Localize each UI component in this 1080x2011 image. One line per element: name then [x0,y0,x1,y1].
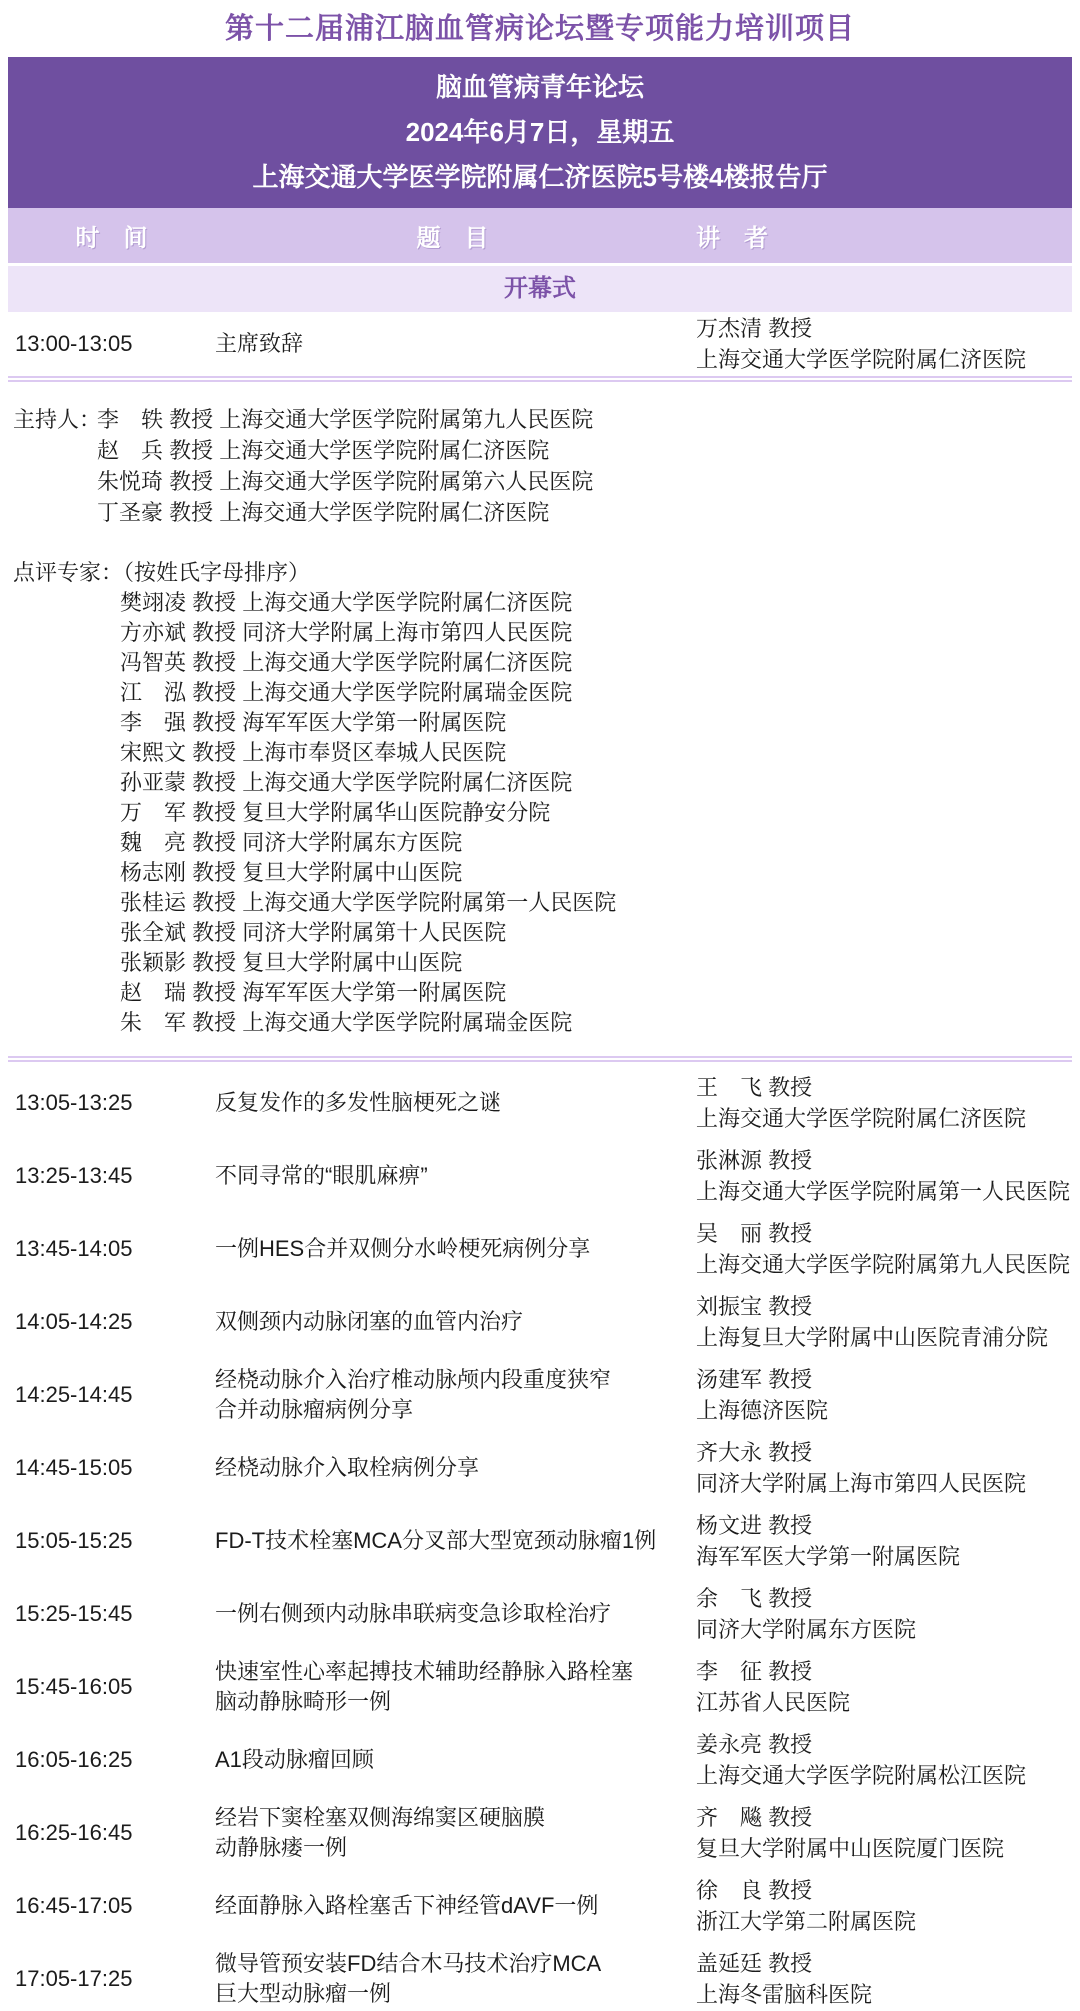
forum-banner: 脑血管病青年论坛 2024年6月7日，星期五 上海交通大学医学院附属仁济医院5号… [8,57,1072,208]
speaker-cell: 徐 良 教授浙江大学第二附属医院 [690,1875,1072,1937]
speaker-affiliation: 浙江大学第二附属医院 [696,1906,1072,1937]
schedule-row: 13:45-14:05一例HES合并双侧分水岭梗死病例分享吴 丽 教授上海交通大… [8,1212,1072,1285]
topic-line: 合并动脉瘤病例分享 [215,1395,690,1425]
speaker-cell: 齐大永 教授同济大学附属上海市第四人民医院 [690,1437,1072,1499]
speaker-name: 万杰清 教授 [696,313,1072,344]
speaker-cell: 万杰清 教授上海交通大学医学院附属仁济医院 [690,313,1072,375]
banner-venue: 上海交通大学医学院附属仁济医院5号楼4楼报告厅 [8,155,1072,200]
host-item: 丁圣豪 教授 上海交通大学医学院附属仁济医院 [97,497,1080,528]
commentator-item: 朱 军 教授 上海交通大学医学院附属瑞金医院 [120,1008,1080,1038]
commentator-item: 张全斌 教授 同济大学附属第十人民医院 [120,918,1080,948]
time-cell: 16:05-16:25 [8,1747,215,1773]
host-item: 李 轶 教授 上海交通大学医学院附属第九人民医院 [97,404,1080,435]
topic-cell: 经面静脉入路栓塞舌下神经管dAVF一例 [215,1891,690,1921]
speaker-cell: 盖延廷 教授上海冬雷脑科医院 [690,1948,1072,2010]
opening-rows: 13:00-13:05主席致辞万杰清 教授上海交通大学医学院附属仁济医院 [0,312,1080,376]
time-cell: 15:45-16:05 [8,1674,215,1700]
commentator-item: 方亦斌 教授 同济大学附属上海市第四人民医院 [120,618,1080,648]
commentator-item: 宋熙文 教授 上海市奉贤区奉城人民医院 [120,738,1080,768]
commentator-item: 张桂运 教授 上海交通大学医学院附属第一人民医院 [120,888,1080,918]
host-item: 赵 兵 教授 上海交通大学医学院附属仁济医院 [97,435,1080,466]
commentator-item: 杨志刚 教授 复旦大学附属中山医院 [120,858,1080,888]
speaker-affiliation: 江苏省人民医院 [696,1687,1072,1718]
topic-cell: 一例HES合并双侧分水岭梗死病例分享 [215,1234,690,1264]
schedule-row: 13:00-13:05主席致辞万杰清 教授上海交通大学医学院附属仁济医院 [8,312,1072,376]
schedule-row: 15:25-15:45一例右侧颈内动脉串联病变急诊取栓治疗余 飞 教授同济大学附… [8,1577,1072,1650]
speaker-name: 刘振宝 教授 [696,1291,1072,1322]
topic-line: 微导管预安装FD结合木马技术治疗MCA [215,1949,690,1979]
schedule-row: 14:05-14:25双侧颈内动脉闭塞的血管内治疗刘振宝 教授上海复旦大学附属中… [8,1285,1072,1358]
conference-program-page: 第十二届浦江脑血管病论坛暨专项能力培训项目 脑血管病青年论坛 2024年6月7日… [0,6,1080,2011]
speaker-cell: 王 飞 教授上海交通大学医学院附属仁济医院 [690,1072,1072,1134]
topic-line: 一例右侧颈内动脉串联病变急诊取栓治疗 [215,1599,690,1629]
topic-line: 双侧颈内动脉闭塞的血管内治疗 [215,1307,690,1337]
topic-line: A1段动脉瘤回顾 [215,1745,690,1775]
topic-cell: 经桡动脉介入取栓病例分享 [215,1453,690,1483]
speaker-affiliation: 复旦大学附属中山医院厦门医院 [696,1833,1072,1864]
speaker-name: 吴 丽 教授 [696,1218,1072,1249]
speaker-cell: 杨文进 教授海军军医大学第一附属医院 [690,1510,1072,1572]
speaker-cell: 汤建军 教授上海德济医院 [690,1364,1072,1426]
hosts-block: 主持人： 李 轶 教授 上海交通大学医学院附属第九人民医院赵 兵 教授 上海交通… [0,404,1080,528]
topic-cell: 经桡动脉介入治疗椎动脉颅内段重度狭窄合并动脉瘤病例分享 [215,1365,690,1425]
speaker-affiliation: 海军军医大学第一附属医院 [696,1541,1072,1572]
speaker-name: 齐大永 教授 [696,1437,1072,1468]
commentators-label-line: 点评专家：（按姓氏字母排序） [0,558,1080,588]
commentator-item: 江 泓 教授 上海交通大学医学院附属瑞金医院 [120,678,1080,708]
speaker-name: 姜永亮 教授 [696,1729,1072,1760]
speaker-affiliation: 上海冬雷脑科医院 [696,1979,1072,2010]
schedule-row: 14:25-14:45经桡动脉介入治疗椎动脉颅内段重度狭窄合并动脉瘤病例分享汤建… [8,1358,1072,1431]
speaker-name: 余 飞 教授 [696,1583,1072,1614]
topic-line: 不同寻常的“眼肌麻痹” [215,1161,690,1191]
speaker-name: 王 飞 教授 [696,1072,1072,1103]
speaker-name: 汤建军 教授 [696,1364,1072,1395]
speaker-affiliation: 上海交通大学医学院附属第九人民医院 [696,1249,1072,1280]
time-cell: 17:05-17:25 [8,1966,215,1992]
time-cell: 15:05-15:25 [8,1528,215,1554]
speaker-affiliation: 上海复旦大学附属中山医院青浦分院 [696,1322,1072,1353]
banner-forum-name: 脑血管病青年论坛 [8,65,1072,110]
speaker-name: 张淋源 教授 [696,1145,1072,1176]
topic-cell: FD-T技术栓塞MCA分叉部大型宽颈动脉瘤1例 [215,1526,690,1556]
topic-line: 快速室性心率起搏技术辅助经静脉入路栓塞 [215,1657,690,1687]
schedule-row: 17:05-17:25微导管预安装FD结合木马技术治疗MCA巨大型动脉瘤一例盖延… [8,1942,1072,2011]
topic-line: 经桡动脉介入取栓病例分享 [215,1453,690,1483]
topic-line: 巨大型动脉瘤一例 [215,1979,690,2009]
topic-cell: 微导管预安装FD结合木马技术治疗MCA巨大型动脉瘤一例 [215,1949,690,2009]
topic-cell: 反复发作的多发性脑梗死之谜 [215,1088,690,1118]
topic-line: 经岩下窦栓塞双侧海绵窦区硬脑膜 [215,1803,690,1833]
commentator-item: 冯智英 教授 上海交通大学医学院附属仁济医院 [120,648,1080,678]
page-title: 第十二届浦江脑血管病论坛暨专项能力培训项目 [0,6,1080,47]
table-header: 时 间 题 目 讲 者 [8,208,1072,263]
column-header-speaker: 讲 者 [690,218,1072,253]
topic-line: FD-T技术栓塞MCA分叉部大型宽颈动脉瘤1例 [215,1526,690,1556]
speaker-affiliation: 同济大学附属上海市第四人民医院 [696,1468,1072,1499]
speaker-cell: 张淋源 教授上海交通大学医学院附属第一人民医院 [690,1145,1072,1207]
topic-line: 主席致辞 [215,329,690,359]
speaker-cell: 齐 飚 教授复旦大学附属中山医院厦门医院 [690,1802,1072,1864]
speaker-name: 杨文进 教授 [696,1510,1072,1541]
speaker-name: 徐 良 教授 [696,1875,1072,1906]
speaker-cell: 余 飞 教授同济大学附属东方医院 [690,1583,1072,1645]
time-cell: 16:45-17:05 [8,1893,215,1919]
commentator-item: 魏 亮 教授 同济大学附属东方医院 [120,828,1080,858]
topic-line: 一例HES合并双侧分水岭梗死病例分享 [215,1234,690,1264]
commentators-label: 点评专家： [13,560,123,585]
speaker-affiliation: 上海交通大学医学院附属仁济医院 [696,1103,1072,1134]
schedule-row: 14:45-15:05经桡动脉介入取栓病例分享齐大永 教授同济大学附属上海市第四… [8,1431,1072,1504]
speaker-name: 盖延廷 教授 [696,1948,1072,1979]
speaker-affiliation: 同济大学附属东方医院 [696,1614,1072,1645]
column-header-time: 时 间 [8,218,215,253]
topic-cell: 双侧颈内动脉闭塞的血管内治疗 [215,1307,690,1337]
speaker-cell: 吴 丽 教授上海交通大学医学院附属第九人民医院 [690,1218,1072,1280]
commentator-item: 李 强 教授 海军军医大学第一附属医院 [120,708,1080,738]
divider [8,376,1072,382]
speaker-cell: 刘振宝 教授上海复旦大学附属中山医院青浦分院 [690,1291,1072,1353]
host-list: 李 轶 教授 上海交通大学医学院附属第九人民医院赵 兵 教授 上海交通大学医学院… [97,404,1080,528]
time-cell: 13:25-13:45 [8,1163,215,1189]
column-header-topic: 题 目 [215,218,690,253]
speaker-affiliation: 上海交通大学医学院附属仁济医院 [696,344,1072,375]
schedule-row: 15:05-15:25FD-T技术栓塞MCA分叉部大型宽颈动脉瘤1例杨文进 教授… [8,1504,1072,1577]
speaker-affiliation: 上海德济医院 [696,1395,1072,1426]
topic-line: 反复发作的多发性脑梗死之谜 [215,1088,690,1118]
topic-line: 经面静脉入路栓塞舌下神经管dAVF一例 [215,1891,690,1921]
time-cell: 16:25-16:45 [8,1820,215,1846]
topic-line: 脑动静脉畸形一例 [215,1687,690,1717]
speaker-name: 李 征 教授 [696,1656,1072,1687]
schedule-row: 16:45-17:05经面静脉入路栓塞舌下神经管dAVF一例徐 良 教授浙江大学… [8,1869,1072,1942]
topic-cell: 快速室性心率起搏技术辅助经静脉入路栓塞脑动静脉畸形一例 [215,1657,690,1717]
commentator-item: 赵 瑞 教授 海军军医大学第一附属医院 [120,978,1080,1008]
time-cell: 14:05-14:25 [8,1309,215,1335]
speaker-cell: 李 征 教授江苏省人民医院 [690,1656,1072,1718]
topic-cell: A1段动脉瘤回顾 [215,1745,690,1775]
commentator-item: 万 军 教授 复旦大学附属华山医院静安分院 [120,798,1080,828]
topic-cell: 不同寻常的“眼肌麻痹” [215,1161,690,1191]
time-cell: 13:05-13:25 [8,1090,215,1116]
time-cell: 14:45-15:05 [8,1455,215,1481]
topic-cell: 一例右侧颈内动脉串联病变急诊取栓治疗 [215,1599,690,1629]
topic-line: 动静脉瘘一例 [215,1833,690,1863]
commentators-note: （按姓氏字母排序） [123,560,310,585]
schedule-row: 13:05-13:25反复发作的多发性脑梗死之谜王 飞 教授上海交通大学医学院附… [8,1066,1072,1139]
speaker-affiliation: 上海交通大学医学院附属第一人民医院 [696,1176,1072,1207]
time-cell: 13:45-14:05 [8,1236,215,1262]
topic-line: 经桡动脉介入治疗椎动脉颅内段重度狭窄 [215,1365,690,1395]
schedule-row: 16:05-16:25A1段动脉瘤回顾姜永亮 教授上海交通大学医学院附属松江医院 [8,1723,1072,1796]
host-item: 朱悦琦 教授 上海交通大学医学院附属第六人民医院 [97,466,1080,497]
commentator-item: 张颖影 教授 复旦大学附属中山医院 [120,948,1080,978]
speaker-affiliation: 上海交通大学医学院附属松江医院 [696,1760,1072,1791]
banner-date: 2024年6月7日，星期五 [8,110,1072,155]
speaker-cell: 姜永亮 教授上海交通大学医学院附属松江医院 [690,1729,1072,1791]
time-cell: 15:25-15:45 [8,1601,215,1627]
schedule-row: 13:25-13:45不同寻常的“眼肌麻痹”张淋源 教授上海交通大学医学院附属第… [8,1139,1072,1212]
commentator-item: 孙亚蒙 教授 上海交通大学医学院附属仁济医院 [120,768,1080,798]
section-opening-ceremony: 开幕式 [8,266,1072,312]
commentator-item: 樊翊凌 教授 上海交通大学医学院附属仁济医院 [120,588,1080,618]
schedule-row: 16:25-16:45经岩下窦栓塞双侧海绵窦区硬脑膜动静脉瘘一例齐 飚 教授复旦… [8,1796,1072,1869]
topic-cell: 主席致辞 [215,329,690,359]
speaker-name: 齐 飚 教授 [696,1802,1072,1833]
hosts-label: 主持人： [13,404,101,435]
commentators-block: 点评专家：（按姓氏字母排序） 樊翊凌 教授 上海交通大学医学院附属仁济医院方亦斌… [0,558,1080,1038]
commentator-list: 樊翊凌 教授 上海交通大学医学院附属仁济医院方亦斌 教授 同济大学附属上海市第四… [0,588,1080,1038]
time-cell: 13:00-13:05 [8,331,215,357]
topic-cell: 经岩下窦栓塞双侧海绵窦区硬脑膜动静脉瘘一例 [215,1803,690,1863]
session-rows: 13:05-13:25反复发作的多发性脑梗死之谜王 飞 教授上海交通大学医学院附… [0,1062,1080,2011]
schedule-row: 15:45-16:05快速室性心率起搏技术辅助经静脉入路栓塞脑动静脉畸形一例李 … [8,1650,1072,1723]
time-cell: 14:25-14:45 [8,1382,215,1408]
